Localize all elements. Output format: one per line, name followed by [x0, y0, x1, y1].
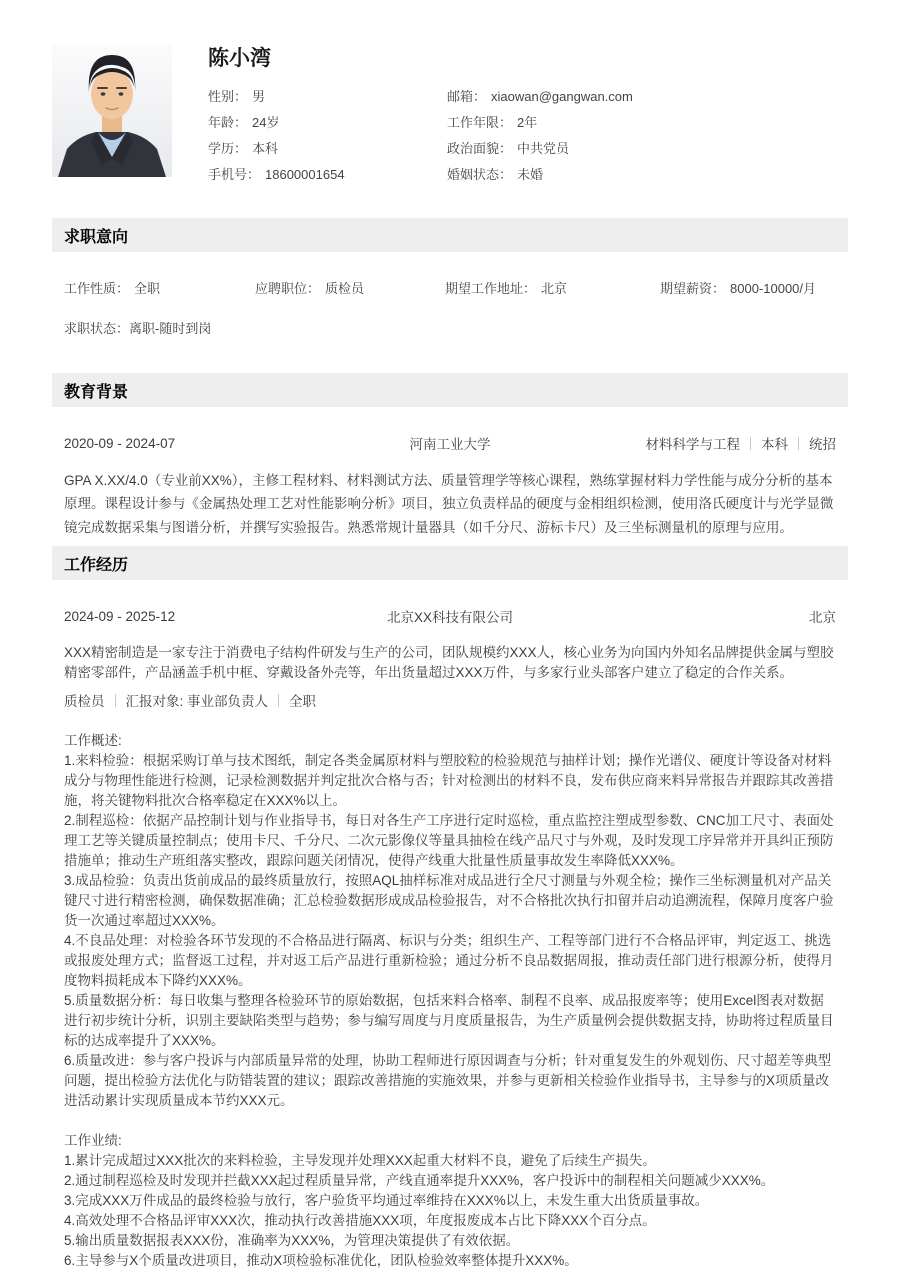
- enrollment-type: 统招: [809, 433, 836, 453]
- major: 材料科学与工程: [646, 433, 741, 453]
- candidate-name: 陈小湾: [208, 47, 848, 71]
- section-title: 教育背景: [64, 379, 128, 402]
- political-status-field: 政治面貌：中共党员: [447, 136, 848, 162]
- degree: 本科: [761, 433, 788, 453]
- work-duty-item: 1.来料检验：根据采购订单与技术图纸，制定各类金属原材料与塑胶粒的检验规范与抽样…: [64, 751, 836, 811]
- position-title: 质检员: [64, 690, 105, 710]
- target-position-field: 应聘职位：质检员: [255, 278, 445, 297]
- info-row: 年龄：24岁 工作年限：2年: [208, 110, 848, 136]
- work-duty-item: 2.制程巡检：依据产品控制计划与作业指导书，每日对各生产工序进行定时巡检，重点监…: [64, 811, 836, 871]
- work-duty-item: 4.不良品处理：对检验各环节发现的不合格品进行隔离、标识与分类；组织生产、工程等…: [64, 931, 836, 991]
- divider: [798, 437, 799, 450]
- job-intent-fields: 工作性质：全职 应聘职位：质检员 期望工作地址：北京 期望薪资：8000-100…: [64, 278, 836, 297]
- degree-field: 学历：本科: [208, 136, 447, 162]
- section-title-bar: 求职意向: [52, 218, 848, 252]
- work-achievements: 工作业绩: 1.累计完成超过XXX批次的来料检验，主导发现并处理XXX起重大材料…: [64, 1131, 836, 1271]
- target-location-field: 期望工作地址：北京: [445, 278, 660, 297]
- education-period: 2020-09 - 2024-07: [64, 436, 314, 451]
- achievement-item: 5.输出质量数据报表XXX份，准确率为XXX%，为管理决策提供了有效依据。: [64, 1231, 836, 1251]
- work-years-field: 工作年限：2年: [447, 110, 848, 136]
- email-field: 邮箱：xiaowan@gangwan.com: [447, 84, 848, 110]
- section-title: 求职意向: [64, 224, 128, 247]
- gender-field: 性别：男: [208, 84, 447, 110]
- resume-header: 陈小湾 性别：男 邮箱：xiaowan@gangwan.com 年龄：24岁 工…: [52, 45, 848, 188]
- divider: [278, 694, 279, 707]
- profile-photo: [52, 45, 172, 177]
- work-overview: 工作概述: 1.来料检验：根据采购订单与技术图纸，制定各类金属原材料与塑胶粒的检…: [64, 731, 836, 1111]
- company-name: 北京XX科技有限公司: [314, 606, 586, 626]
- expected-salary-field: 期望薪资：8000-10000/月: [660, 278, 836, 297]
- work-period: 2024-09 - 2025-12: [64, 609, 314, 624]
- info-row: 性别：男 邮箱：xiaowan@gangwan.com: [208, 84, 848, 110]
- info-row: 手机号：18600001654 婚姻状态：未婚: [208, 162, 848, 188]
- achievement-item: 3.完成XXX万件成品的最终检验与放行，客户验货平均通过率维持在XXX%以上，未…: [64, 1191, 836, 1211]
- achievement-item: 4.高效处理不合格品评审XXX次，推动执行改善措施XXX项，年度报废成本占比下降…: [64, 1211, 836, 1231]
- achievement-item: 2.通过制程巡检及时发现并拦截XXX起过程质量异常，产线直通率提升XXX%，客户…: [64, 1171, 836, 1191]
- school-name: 河南工业大学: [314, 433, 586, 453]
- work-overview-label: 工作概述:: [64, 731, 836, 751]
- role-line: 质检员 汇报对象: 事业部负责人 全职: [64, 690, 836, 710]
- work-duty-item: 6.质量改进：参与客户投诉与内部质量异常的处理，协助工程师进行原因调查与分析；针…: [64, 1051, 836, 1111]
- phone-field: 手机号：18600001654: [208, 162, 447, 188]
- section-title: 工作经历: [64, 552, 128, 575]
- age-field: 年龄：24岁: [208, 110, 447, 136]
- education-qualifications: 材料科学与工程 本科 统招: [586, 433, 836, 453]
- section-title-bar: 教育背景: [52, 373, 848, 407]
- section-education: 教育背景 2020-09 - 2024-07 河南工业大学 材料科学与工程 本科…: [52, 373, 848, 539]
- achievement-item: 6.主导参与X个质量改进项目，推动X项检验标准优化，团队检验效率整体提升XXX%…: [64, 1251, 836, 1271]
- person-portrait-icon: [52, 45, 172, 177]
- basic-info-grid: 性别：男 邮箱：xiaowan@gangwan.com 年龄：24岁 工作年限：…: [208, 84, 848, 188]
- work-duty-item: 3.成品检验：负责出货前成品的最终质量放行，按照AQL抽样标准对成品进行全尺寸测…: [64, 871, 836, 931]
- header-info: 陈小湾 性别：男 邮箱：xiaowan@gangwan.com 年龄：24岁 工…: [208, 45, 848, 188]
- job-status-field: 求职状态：离职-随时到岗: [64, 318, 836, 337]
- report-to: 汇报对象: 事业部负责人: [126, 690, 269, 710]
- education-entry-row: 2020-09 - 2024-07 河南工业大学 材料科学与工程 本科 统招: [64, 433, 836, 453]
- resume-page: 陈小湾 性别：男 邮箱：xiaowan@gangwan.com 年龄：24岁 工…: [0, 0, 900, 1271]
- work-entry-row: 2024-09 - 2025-12 北京XX科技有限公司 北京: [64, 606, 836, 626]
- company-intro: XXX精密制造是一家专注于消费电子结构件研发与生产的公司，团队规模约XXX人，核…: [64, 643, 836, 683]
- marital-status-field: 婚姻状态：未婚: [447, 162, 848, 188]
- education-description: GPA X.XX/4.0（专业前XX%），主修工程材料、材料测试方法、质量管理学…: [64, 469, 836, 539]
- work-duty-item: 5.质量数据分析：每日收集与整理各检验环节的原始数据，包括来料合格率、制程不良率…: [64, 991, 836, 1051]
- work-location: 北京: [586, 606, 836, 626]
- divider: [750, 437, 751, 450]
- job-nature-field: 工作性质：全职: [64, 278, 255, 297]
- section-job-intent: 求职意向 工作性质：全职 应聘职位：质检员 期望工作地址：北京 期望薪资：800…: [52, 218, 848, 337]
- work-achievements-label: 工作业绩:: [64, 1131, 836, 1151]
- employment-type: 全职: [289, 690, 316, 710]
- info-row: 学历：本科 政治面貌：中共党员: [208, 136, 848, 162]
- section-title-bar: 工作经历: [52, 546, 848, 580]
- achievement-item: 1.累计完成超过XXX批次的来料检验，主导发现并处理XXX起重大材料不良，避免了…: [64, 1151, 836, 1171]
- section-work-experience: 工作经历 2024-09 - 2025-12 北京XX科技有限公司 北京 XXX…: [52, 546, 848, 1271]
- divider: [115, 694, 116, 707]
